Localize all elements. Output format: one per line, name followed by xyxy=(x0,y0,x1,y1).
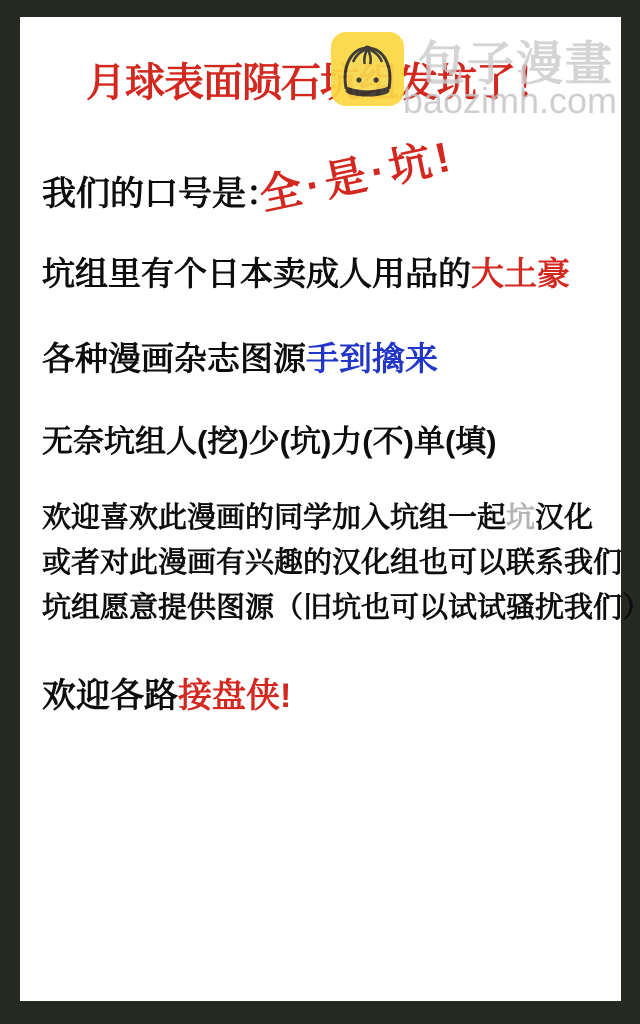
line-takeover-welcome: 欢迎各路接盘侠! xyxy=(42,668,291,717)
line-takeover-welcome-black: 欢迎各路 xyxy=(42,677,178,715)
line-staff-shortage: 无奈坑组人(挖)少(坑)力(不)单(填) xyxy=(42,416,497,461)
baozimh-logo xyxy=(331,32,404,106)
recruitment-line-1: 欢迎喜欢此漫画的同学加入坑组一起坑汉化 xyxy=(42,496,640,541)
recruitment-line-1-gray: 坑 xyxy=(506,502,535,534)
recruitment-line-2: 或者对此漫画有兴趣的汉化组也可以联系我们 xyxy=(42,541,640,586)
baozimh-watermark-url: baozimh.com xyxy=(403,80,617,122)
slogan-label: 我们的口号是： xyxy=(42,166,280,215)
line-rich-patron-accent: 大土豪 xyxy=(471,255,570,292)
baozi-bun-icon xyxy=(331,32,404,106)
line-rich-patron-black: 坑组里有个日本卖成人用品的 xyxy=(42,255,471,292)
line-rich-patron: 坑组里有个日本卖成人用品的大土豪 xyxy=(42,248,570,295)
line-magazine-sources-black: 各种漫画杂志图源 xyxy=(42,340,306,377)
recruitment-line-1-pre: 欢迎喜欢此漫画的同学加入坑组一起 xyxy=(42,502,506,534)
line-magazine-sources: 各种漫画杂志图源手到擒来 xyxy=(42,333,438,380)
comic-page: 月球表面陨石坑组发坑了！ 包子漫畫 baozimh.com 我们的口号是： 全·… xyxy=(0,0,640,1024)
slogan-value: 全·是·坑! xyxy=(254,123,460,223)
recruitment-line-3: 坑组愿意提供图源（旧坑也可以试试骚扰我们） xyxy=(42,586,640,631)
line-takeover-welcome-accent: 接盘侠! xyxy=(178,677,291,715)
notice-paper: 月球表面陨石坑组发坑了！ 包子漫畫 baozimh.com 我们的口号是： 全·… xyxy=(20,17,621,1001)
line-magazine-sources-accent: 手到擒来 xyxy=(306,340,438,377)
recruitment-line-1-post: 汉化 xyxy=(535,502,593,534)
recruitment-paragraph: 欢迎喜欢此漫画的同学加入坑组一起坑汉化 或者对此漫画有兴趣的汉化组也可以联系我们… xyxy=(42,496,640,631)
